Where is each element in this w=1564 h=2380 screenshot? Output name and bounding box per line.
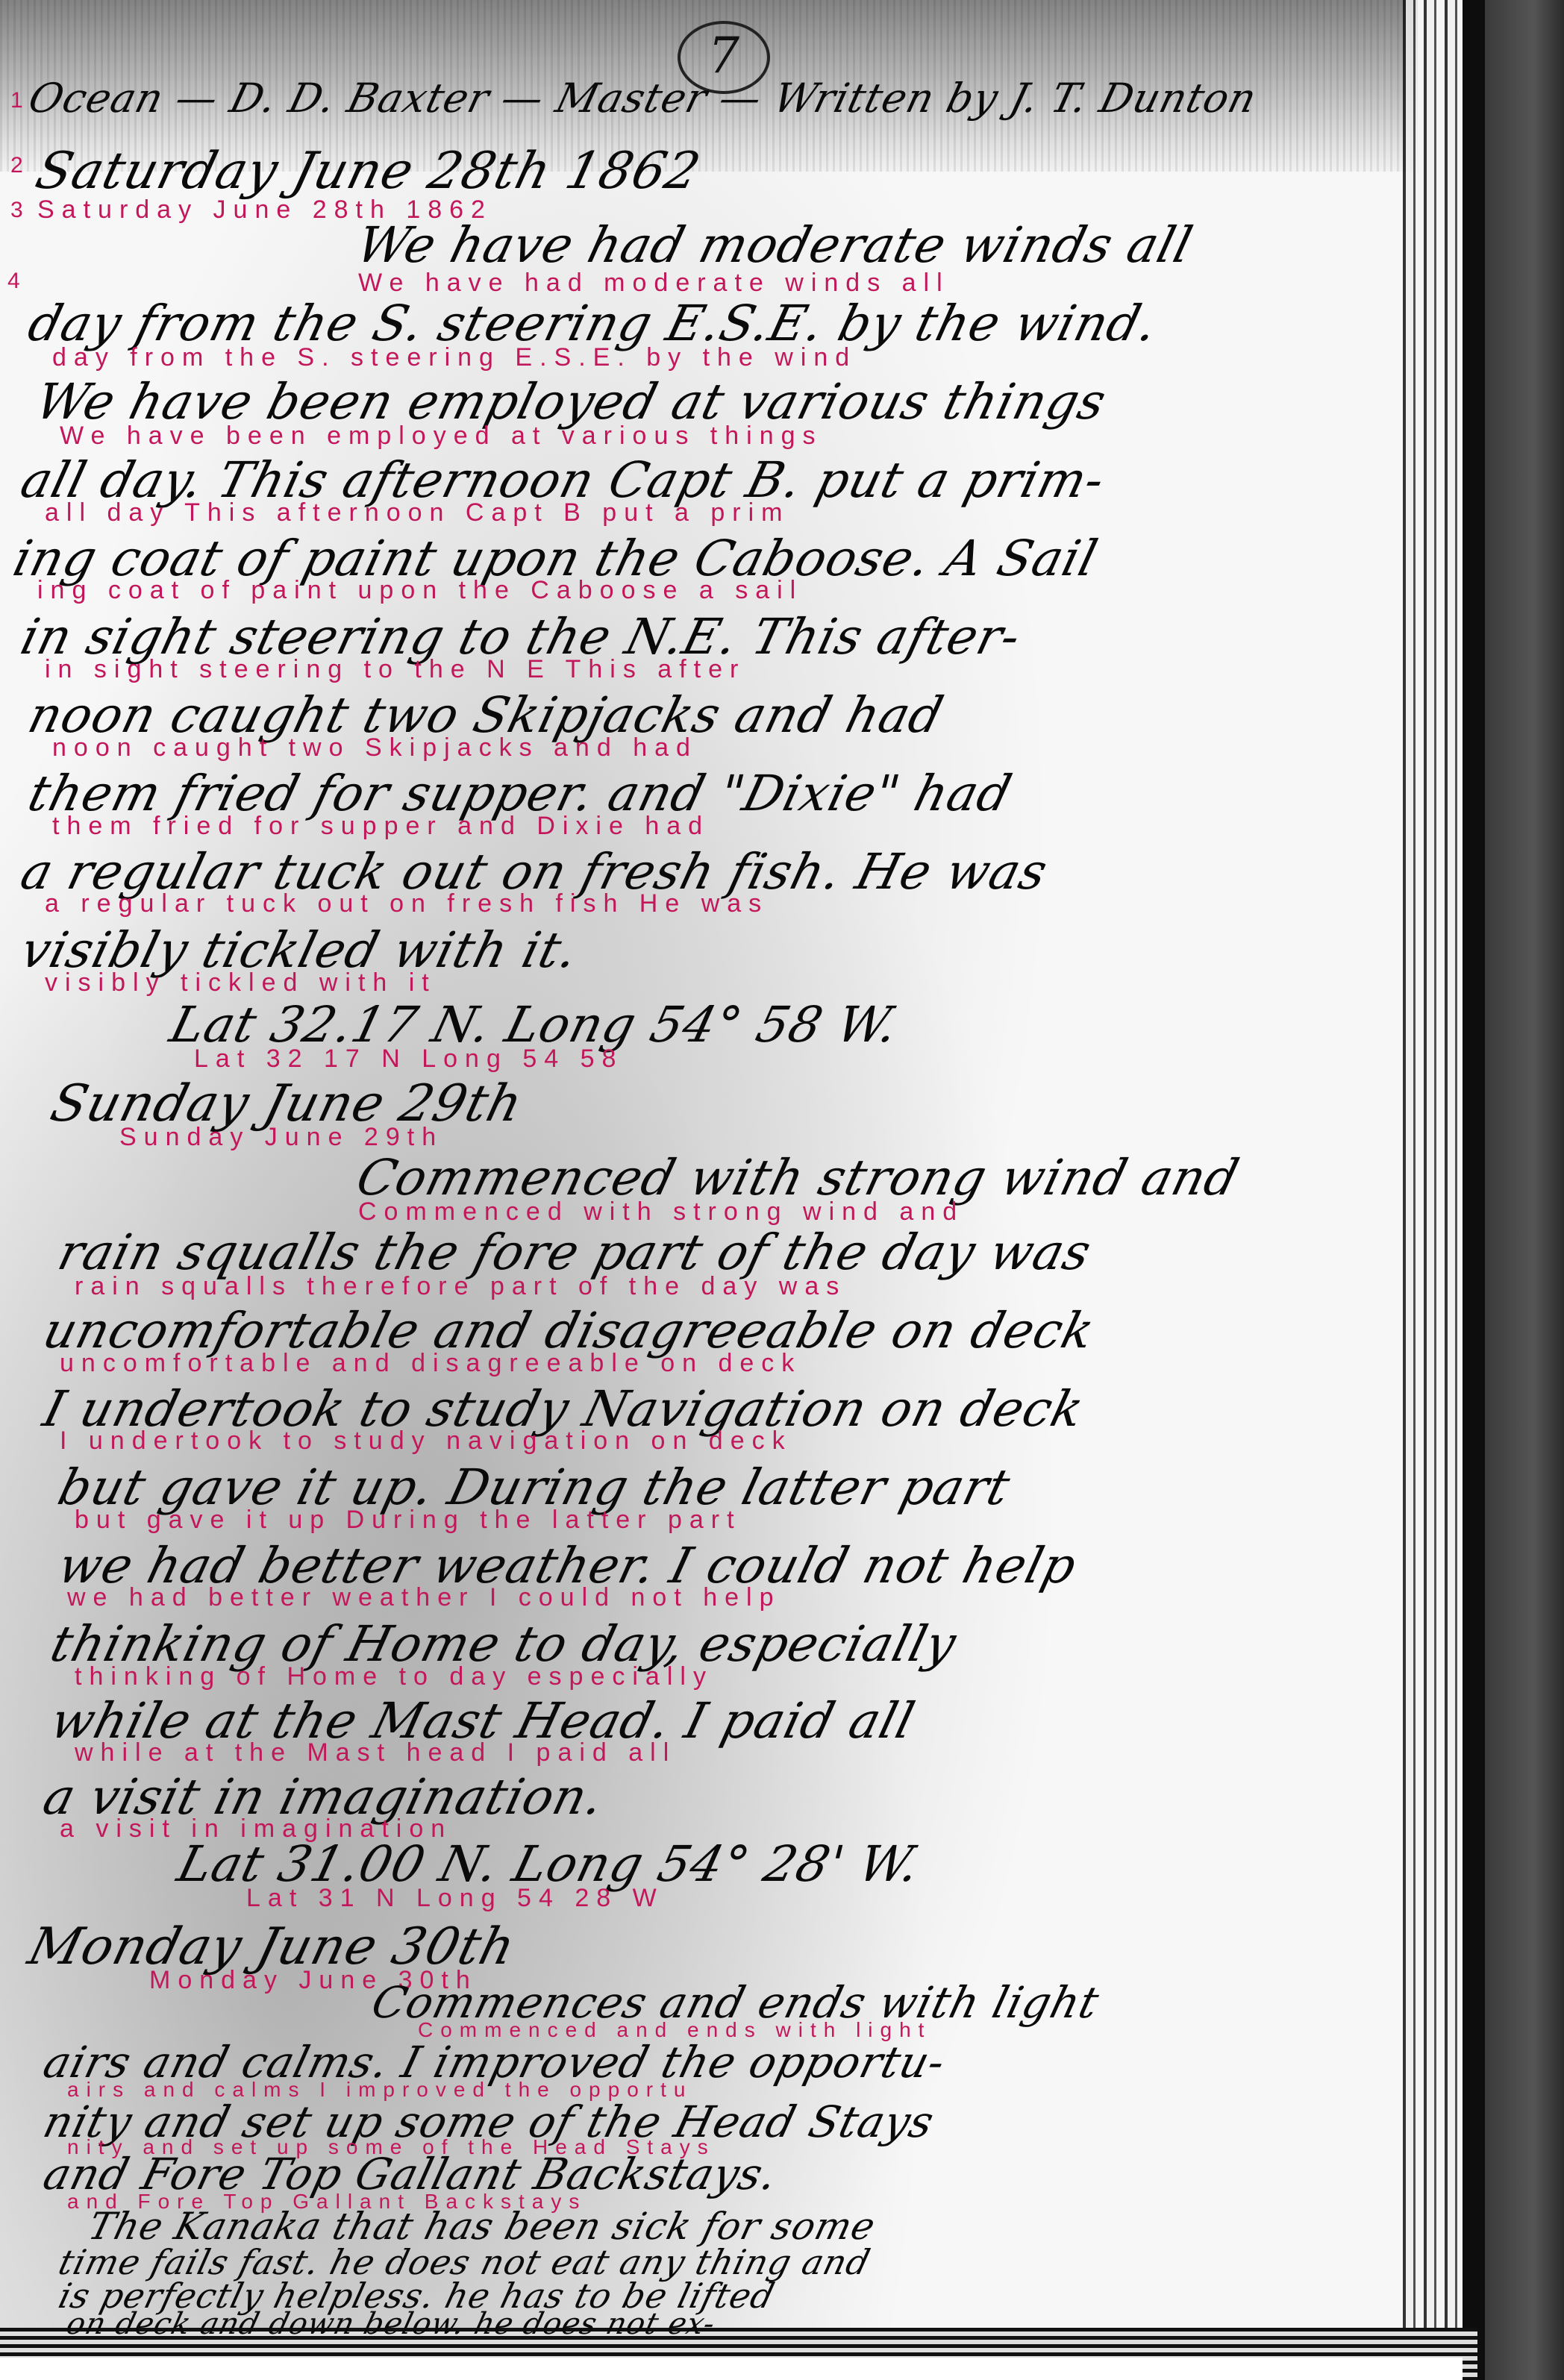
transcription: rain squalls therefore part of the day w… <box>75 1272 846 1301</box>
transcription: Lat 32 17 N Long 54 58 <box>194 1045 623 1074</box>
line-number: 4 <box>7 269 20 294</box>
scanned-page: 7 1 Ocean — D. D. Baxter — Master — Writ… <box>0 0 1564 2380</box>
transcription: in sight steering to the N E This after <box>45 655 745 684</box>
transcription: Sunday June 29th <box>119 1123 443 1152</box>
transcription: ing coat of paint upon the Caboose a sai… <box>37 576 803 605</box>
day-heading-saturday: Saturday June 28th 1862 <box>30 142 707 201</box>
journal-line: on deck and down below. he does not ex- <box>63 2307 719 2341</box>
journal-line: We have had moderate winds all <box>351 216 1198 274</box>
line-number: 1 <box>10 88 23 113</box>
transcription: visibly tickled with it <box>45 968 437 998</box>
transcription: while at the Mast head I paid all <box>75 1738 676 1767</box>
line-number: 3 <box>10 198 23 223</box>
transcription: all day This afternoon Capt B put a prim <box>45 498 789 527</box>
transcription: We have had moderate winds all <box>358 269 950 298</box>
transcription: I undertook to study navigation on deck <box>60 1427 792 1456</box>
journal-header: Ocean — D. D. Baxter — Master — Written … <box>24 75 1262 122</box>
transcription: Commenced with strong wind and <box>358 1197 964 1227</box>
transcription: day from the S. steering E.S.E. by the w… <box>52 343 857 372</box>
transcription: a regular tuck out on fresh fish He was <box>45 889 769 918</box>
transcription: Lat 31 N Long 54 28 W <box>246 1884 664 1913</box>
transcription: but gave it up During the latter part <box>75 1506 742 1535</box>
line-number: 2 <box>10 153 23 178</box>
transcription: we had better weather I could not help <box>67 1583 781 1612</box>
scan-margin-bottom <box>0 2358 1463 2380</box>
transcription: uncomfortable and disagreeable on deck <box>60 1349 801 1378</box>
transcription: them fried for supper and Dixie had <box>52 812 710 841</box>
book-spine <box>1463 0 1564 2380</box>
transcription: We have been employed at various things <box>60 422 823 451</box>
transcription: noon caught two Skipjacks and had <box>52 733 698 762</box>
transcription: thinking of Home to day especially <box>75 1662 713 1691</box>
